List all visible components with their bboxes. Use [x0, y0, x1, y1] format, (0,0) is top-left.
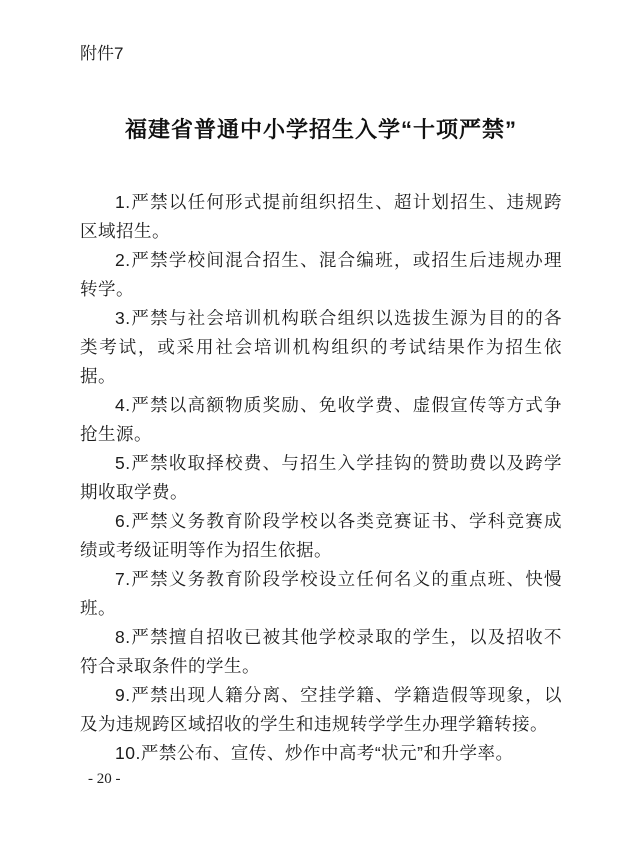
prohibition-item-8: 8.严禁擅自招收已被其他学校录取的学生，以及招收不符合录取条件的学生。 [80, 623, 562, 681]
prohibition-item-9: 9.严禁出现人籍分离、空挂学籍、学籍造假等现象，以及为违规跨区域招收的学生和违规… [80, 681, 562, 739]
document-page: 附件7 福建省普通中小学招生入学“十项严禁” 1.严禁以任何形式提前组织招生、超… [0, 0, 640, 845]
prohibition-item-4: 4.严禁以高额物质奖励、免收学费、虚假宣传等方式争抢生源。 [80, 391, 562, 449]
page-number: - 20 - [88, 771, 121, 788]
prohibition-item-3: 3.严禁与社会培训机构联合组织以选拔生源为目的的各类考试，或采用社会培训机构组织… [80, 304, 562, 391]
prohibition-item-2: 2.严禁学校间混合招生、混合编班，或招生后违规办理转学。 [80, 246, 562, 304]
document-title: 福建省普通中小学招生入学“十项严禁” [80, 116, 562, 144]
prohibition-item-5: 5.严禁收取择校费、与招生入学挂钩的赞助费以及跨学期收取学费。 [80, 449, 562, 507]
prohibition-item-7: 7.严禁义务教育阶段学校设立任何名义的重点班、快慢班。 [80, 565, 562, 623]
document-body: 1.严禁以任何形式提前组织招生、超计划招生、违规跨区域招生。 2.严禁学校间混合… [80, 188, 562, 768]
prohibition-item-6: 6.严禁义务教育阶段学校以各类竞赛证书、学科竞赛成绩或考级证明等作为招生依据。 [80, 507, 562, 565]
attachment-label: 附件7 [80, 44, 562, 64]
prohibition-item-1: 1.严禁以任何形式提前组织招生、超计划招生、违规跨区域招生。 [80, 188, 562, 246]
prohibition-item-10: 10.严禁公布、宣传、炒作中高考“状元”和升学率。 [80, 739, 562, 768]
